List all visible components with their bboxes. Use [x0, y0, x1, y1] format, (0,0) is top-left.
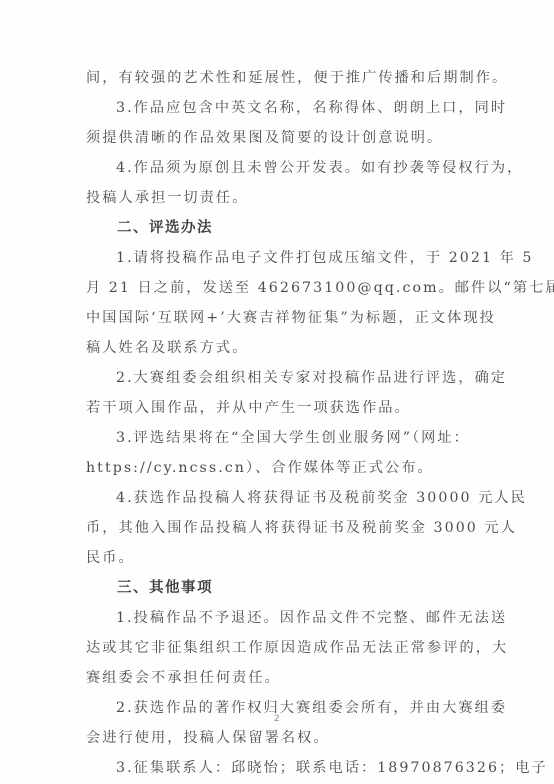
text-line: 3.征集联系人：邱晓怡；联系电话：18970876326；电子 [116, 759, 516, 777]
document-page: 间，有较强的艺术性和延展性，便于推广传播和后期制作。 3.作品应包含中英文名称，… [0, 0, 554, 784]
text-line: 若干项入围作品，并从中产生一项获选作品。 [86, 399, 486, 417]
text-line: 2.获选作品的著作权归大赛组委会所有，并由大赛组委 [116, 699, 516, 717]
text-line: 赛组委会不承担任何责任。 [86, 669, 486, 687]
text-line: 1.请将投稿作品电子文件打包成压缩文件，于 2021 年 5 [116, 249, 516, 267]
text-line: 3.作品应包含中英文名称，名称得体、朗朗上口，同时 [116, 99, 516, 117]
text-line: 2.大赛组委会组织相关专家对投稿作品进行评选，确定 [116, 369, 516, 387]
section-heading-other-matters: 三、其他事项 [117, 579, 213, 597]
text-line: 稿人姓名及联系方式。 [86, 339, 486, 357]
text-line: 会进行使用，投稿人保留署名权。 [86, 729, 486, 747]
text-line: 币，其他入围作品投稿人将获得证书及税前奖金 3000 元人 [86, 519, 486, 537]
text-line: 3.评选结果将在“全国大学生创业服务网”（网址： [116, 429, 516, 447]
text-line: 4.作品须为原创且未曾公开发表。如有抄袭等侵权行为， [116, 159, 516, 177]
text-line: 1.投稿作品不予退还。因作品文件不完整、邮件无法送 [116, 609, 516, 627]
text-line: 投稿人承担一切责任。 [86, 189, 486, 207]
section-heading-selection-method: 二、评选办法 [117, 219, 213, 237]
page-number: 2 [274, 714, 280, 724]
text-line: https://cy.ncss.cn）、合作媒体等正式公布。 [86, 459, 486, 477]
text-line: 民币。 [86, 549, 486, 567]
text-line: 月 21 日之前，发送至 462673100@qq.com。邮件以“第七届 [86, 279, 486, 297]
text-line: 间，有较强的艺术性和延展性，便于推广传播和后期制作。 [86, 69, 486, 87]
text-line: 达或其它非征集组织工作原因造成作品无法正常参评的，大 [86, 639, 486, 657]
text-line: 中国国际‘互联网+’大赛吉祥物征集”为标题，正文体现投 [86, 309, 486, 327]
text-line: 须提供清晰的作品效果图及简要的设计创意说明。 [86, 129, 486, 147]
text-line: 4.获选作品投稿人将获得证书及税前奖金 30000 元人民 [116, 489, 516, 507]
